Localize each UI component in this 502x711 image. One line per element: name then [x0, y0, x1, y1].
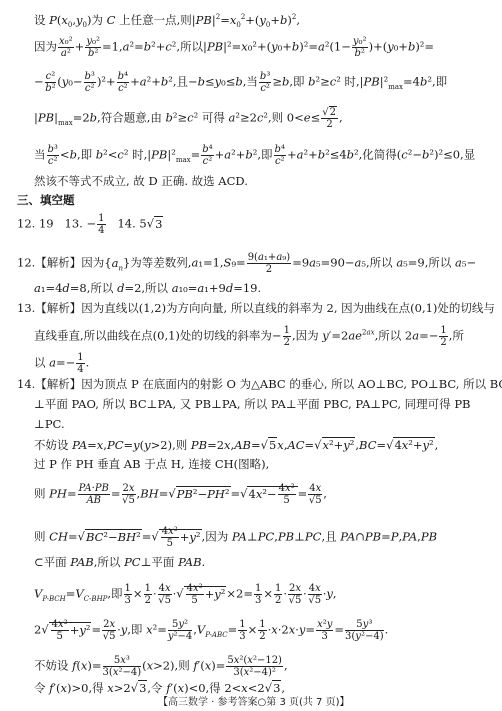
text-line: ⊂平面 PAB,所以 PC⊥平面 PAB. [34, 555, 205, 569]
text-line: |PB|max=2b,符合题意,由 b²≥c² 可得 a²≥2c²,则 0<e≤… [34, 107, 343, 130]
text-line: 设 P(x0,y0)为 C 上任意一点,则|PB|2=x02+(y0+b)2, [34, 10, 300, 32]
text-line: −c²b²(y₀−b³c²)²+b⁴c²+a²+b²,且−b≤y₀≤b,当b³c… [34, 71, 447, 94]
text-line: 不妨设 PA=x,PC=y(y>2),则 PB=2x,AB=√5x,AC=√x²… [34, 438, 438, 452]
text-line: 当b³c²<b,即 b²<c² 时,|PB|²max=b⁴c²+a²+b²,即b… [34, 144, 475, 167]
text-line: 则 PH=PA·PBAB=2x√5,BH=√PB²−PH²=√4x²−4x²5=… [34, 483, 327, 506]
text-line: 12.【解析】因为{an}为等差数列,a₁=1,S₉=9(a₁+a₉)2=9a₅… [17, 252, 476, 275]
text-line: 13.【解析】因为直线以(1,2)为方向向量, 所以直线的斜率为 2, 因为曲线… [17, 301, 495, 315]
answers-line: 12. 19 13. −14 14. 5√3 [17, 213, 163, 236]
text-line: 令 f′(x)>0,得 x>2√3,令 f′(x)<0,得 2<x<2√3, [34, 681, 285, 695]
text-line: ⊥PC. [34, 417, 65, 431]
text-line: 不妨设 f(x)=5x³3(x²−4)(x>2),则 f′(x)=5x²(x²−… [34, 655, 288, 678]
page-footer: 【高三数学 · 参考答案○第 3 页(共 7 页)】 [158, 696, 350, 710]
text-line: 以 a=−14. [34, 352, 89, 375]
text-line: 因为x₀²a²+y₀²b²=1,a²=b²+c²,所以|PB|²=x₀²+(y₀… [34, 36, 434, 59]
text-line: VP-BCH=VC-BHP,即13×12·4x√5·√4x²5+y²×2=13×… [34, 583, 337, 606]
text-line: ⊥平面 PAO, 所以 BC⊥PA, 又 PB⊥PA, 所以 PA⊥平面 PBC… [34, 397, 471, 411]
text-line: 2√4x²5+y²=2x√5·y,即 x²=5y²y²−4,VP-ABC=13×… [34, 619, 388, 642]
text-line: a₁=4d=8,所以 d=2,所以 a₁₀=a₁+9d=19. [34, 281, 261, 295]
text-line: 过 P 作 PH 垂直 AB 于点 H, 连接 CH(图略), [34, 457, 269, 471]
section-heading: 三、填空题 [17, 193, 75, 207]
text-line: 14.【解析】因为顶点 P 在底面内的射影 O 为△ABC 的垂心, 所以 AO… [17, 377, 502, 391]
text-line: 则 CH=√BC²−BH²=√4x²5+y²,因为 PA⊥PC,PB⊥PC,且 … [34, 526, 437, 549]
text-line: 然该不等式不成立, 故 D 正确. 故选 ACD. [34, 174, 248, 188]
text-line: 直线垂直,所以曲线在点(0,1)处的切线的斜率为−12,因为 y′=2ae2ax… [34, 325, 464, 348]
